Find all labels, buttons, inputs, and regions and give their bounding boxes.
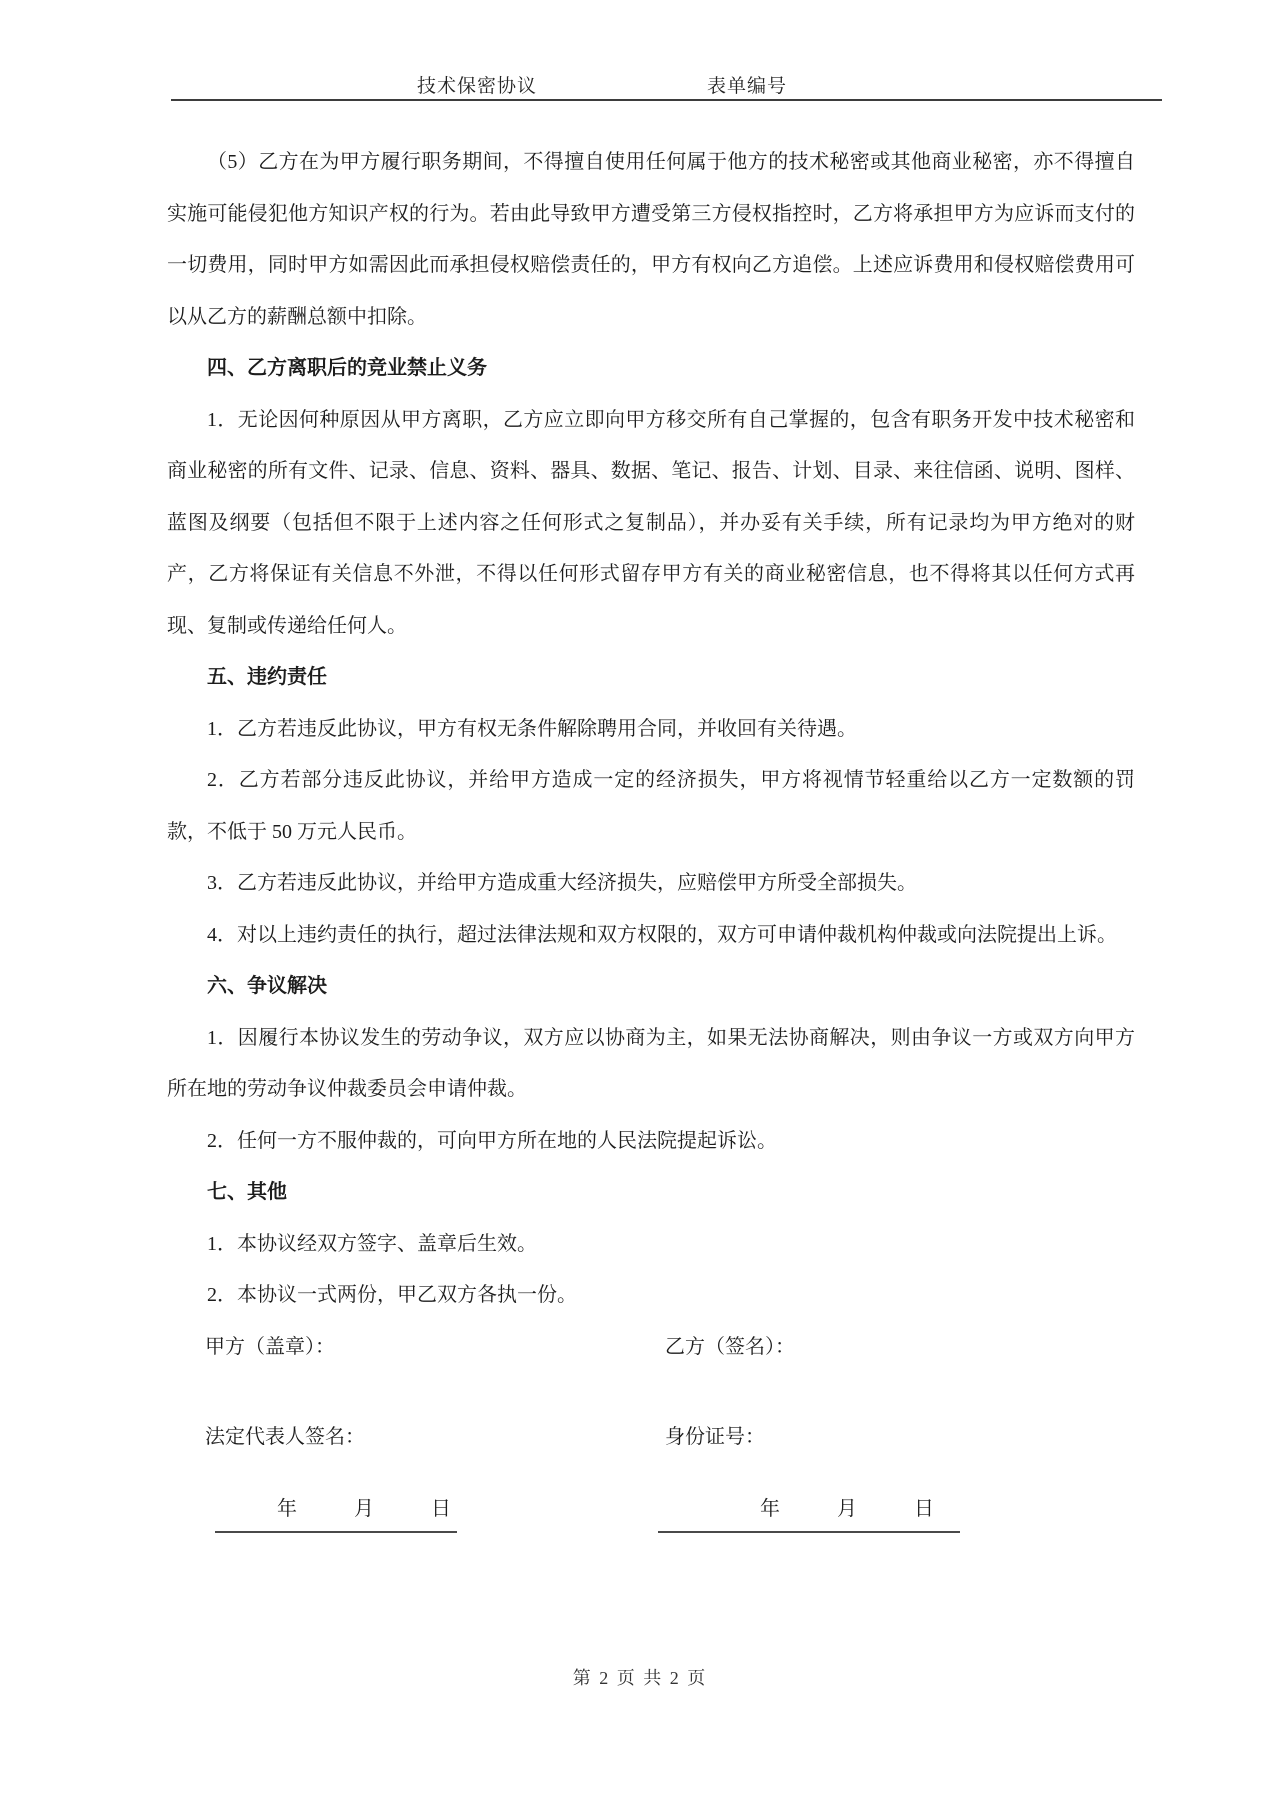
party-b-sign-label: 乙方（签名）： <box>665 1322 795 1374</box>
section-6-item-1: 1．因履行本协议发生的劳动争议，双方应以协商为主，如果无法协商解决，则由争议一方… <box>167 1013 1135 1116</box>
document-body: （5）乙方在为甲方履行职务期间，不得擅自使用任何属于他方的技术秘密或其他商业秘密… <box>167 137 1135 1539</box>
date-line-party-b: 年 月 日 <box>658 1487 960 1533</box>
section-7-item-2: 2．本协议一式两份，甲乙双方各执一份。 <box>167 1270 1135 1322</box>
id-number-label: 身份证号： <box>665 1412 765 1464</box>
section-6-heading: 六、争议解决 <box>167 961 1135 1013</box>
signature-row-date: 年 月 日 年 月 日 <box>167 1487 1135 1539</box>
header-form-number-label: 表单编号 <box>707 71 787 98</box>
signature-row-legal: 法定代表人签名： 身份证号： <box>167 1412 1135 1464</box>
section-4-item-1: 1．无论因何种原因从甲方离职，乙方应立即向甲方移交所有自己掌握的，包含有职务开发… <box>167 395 1135 653</box>
section-5-item-2: 2．乙方若部分违反此协议，并给甲方造成一定的经济损失，甲方将视情节轻重给以乙方一… <box>167 755 1135 858</box>
section-7-heading: 七、其他 <box>167 1167 1135 1219</box>
party-a-seal-label: 甲方（盖章）： <box>205 1322 335 1374</box>
section-5-item-4: 4．对以上违约责任的执行，超过法律法规和双方权限的，双方可申请仲裁机构仲裁或向法… <box>167 910 1135 962</box>
section-4-heading: 四、乙方离职后的竞业禁止义务 <box>167 343 1135 395</box>
header-doc-title: 技术保密协议 <box>417 71 537 98</box>
document-page: 技术保密协议 表单编号 （5）乙方在为甲方履行职务期间，不得擅自使用任何属于他方… <box>0 0 1280 1810</box>
signature-row-parties: 甲方（盖章）： 乙方（签名）： <box>167 1322 1135 1374</box>
section-5-item-1: 1．乙方若违反此协议，甲方有权无条件解除聘用合同，并收回有关待遇。 <box>167 704 1135 756</box>
section-6-item-2: 2．任何一方不服仲裁的，可向甲方所在地的人民法院提起诉讼。 <box>167 1116 1135 1168</box>
section-5-heading: 五、违约责任 <box>167 652 1135 704</box>
clause-5-paragraph: （5）乙方在为甲方履行职务期间，不得擅自使用任何属于他方的技术秘密或其他商业秘密… <box>167 137 1135 343</box>
page-number: 第 2 页 共 2 页 <box>573 1668 708 1688</box>
section-7-item-1: 1．本协议经双方签字、盖章后生效。 <box>167 1219 1135 1271</box>
date-line-party-a: 年 月 日 <box>215 1487 457 1533</box>
page-header: 技术保密协议 表单编号 <box>171 0 1162 101</box>
legal-representative-label: 法定代表人签名： <box>205 1412 365 1464</box>
section-5-item-3: 3．乙方若违反此协议，并给甲方造成重大经济损失，应赔偿甲方所受全部损失。 <box>167 858 1135 910</box>
page-footer: 第 2 页 共 2 页 <box>0 1664 1280 1690</box>
